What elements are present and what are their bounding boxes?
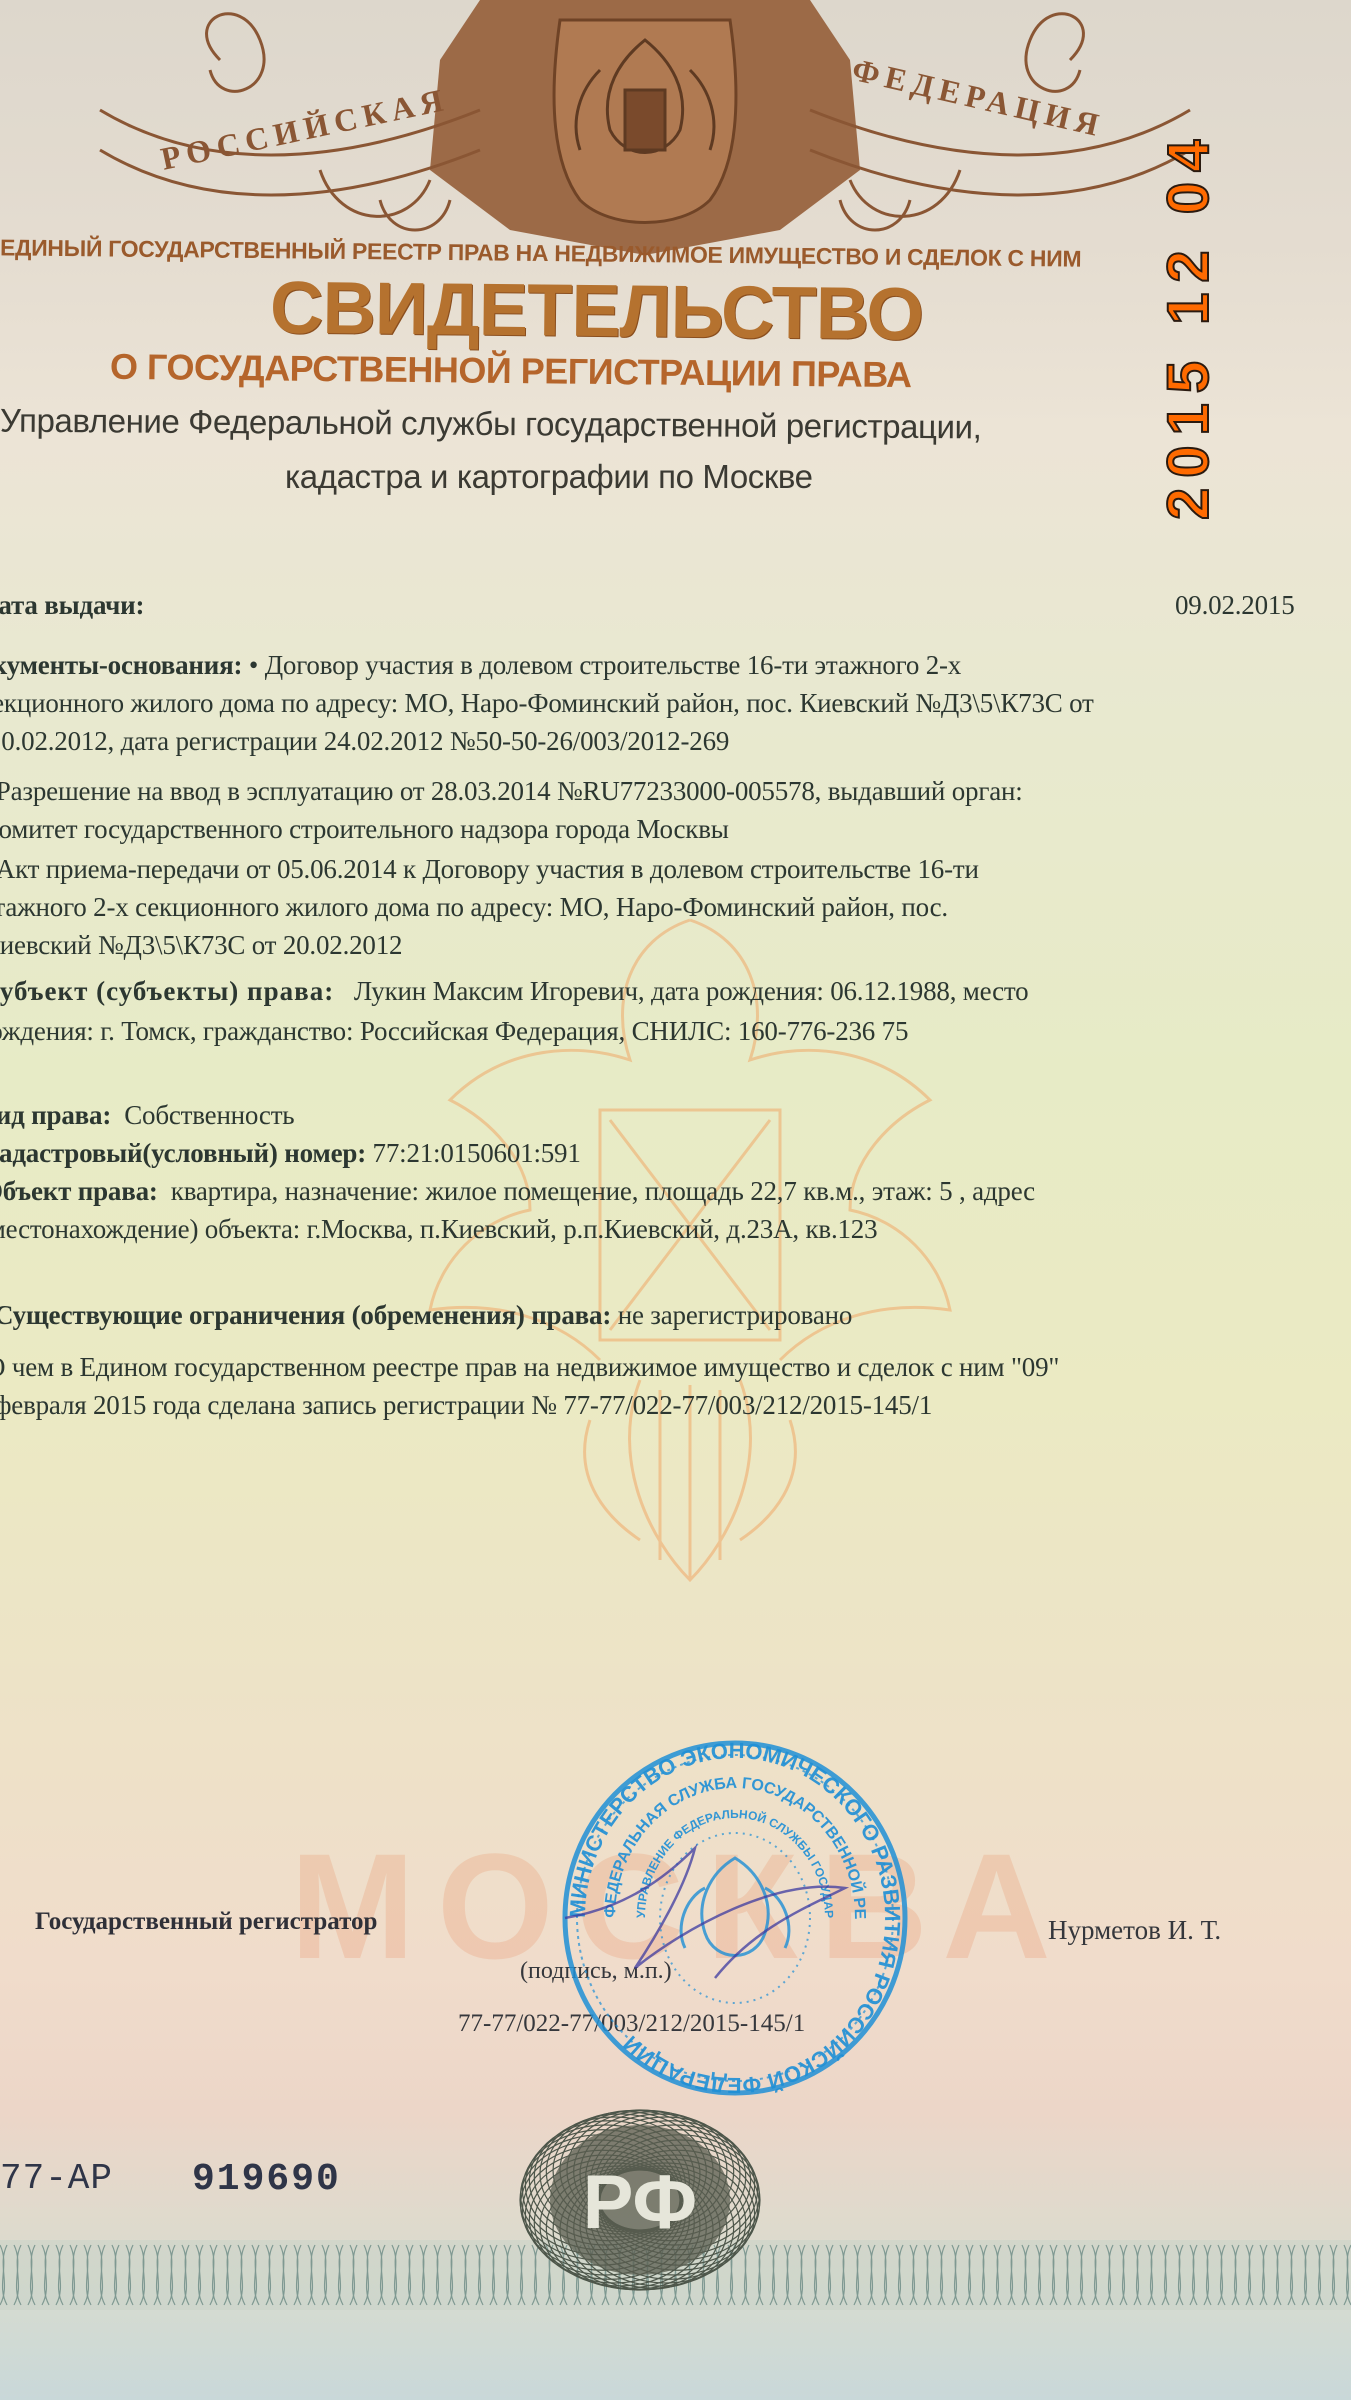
basis-line-1: Документы-основания: • Договор участия в… xyxy=(0,650,961,681)
issuing-office-line1: Управление Федеральной службы государств… xyxy=(0,402,982,447)
right-type: Вид права: Собственность xyxy=(0,1100,294,1131)
cadastral-number: Кадастровый(условный) номер: 77:21:01506… xyxy=(0,1138,581,1169)
date-imprint-text: 2015 12 04 xyxy=(1155,130,1222,520)
form-series: 77-АР xyxy=(0,2158,113,2199)
basis-line-7: этажного 2-х секционного жилого дома по … xyxy=(0,892,948,923)
document-title: СВИДЕТЕЛЬСТВО xyxy=(270,265,924,357)
registrar-label: Государственный регистратор xyxy=(35,1908,377,1936)
camera-date-imprint: 2015 12 04 xyxy=(1155,40,1215,520)
document-subtitle: О ГОСУДАРСТВЕННОЙ РЕГИСТРАЦИИ ПРАВА xyxy=(110,346,912,396)
subject-line-2: рождения: г. Томск, гражданство: Российс… xyxy=(0,1016,908,1047)
basis-line-2: секционного жилого дома по адресу: МО, Н… xyxy=(0,688,1094,719)
rosette-text: РФ xyxy=(583,2160,698,2245)
basis-line-5: Комитет государственного строительного н… xyxy=(0,814,729,845)
object-line-2: (местонахождение) объекта: г.Москва, п.К… xyxy=(0,1214,877,1245)
issuing-office-line2: кадастра и картографии по Москве xyxy=(285,458,813,496)
form-number: 919690 xyxy=(192,2158,341,2201)
rf-security-rosette-icon: РФ xyxy=(440,2100,840,2300)
ribbon-right-text: ФЕДЕРАЦИЯ xyxy=(849,51,1108,144)
basis-line-3: 20.02.2012, дата регистрации 24.02.2012 … xyxy=(0,726,729,757)
record-line-1: О чем в Едином государственном реестре п… xyxy=(0,1352,1059,1383)
basis-line-4: • Разрешение на ввод в эсплуатацию от 28… xyxy=(0,776,1023,807)
object-line-1: Объект права: квартира, назначение: жило… xyxy=(0,1176,1035,1207)
basis-line-6: • Акт приема-передачи от 05.06.2014 к До… xyxy=(0,854,979,885)
registrar-name: Нурметов И. Т. xyxy=(1048,1915,1221,1946)
record-line-2: февраля 2015 года сделана запись регистр… xyxy=(0,1390,932,1421)
coat-of-arms-emblem-icon: РОССИЙСКАЯ ФЕДЕРАЦИЯ xyxy=(80,0,1210,260)
issue-date-label: Дата выдачи: xyxy=(0,590,144,621)
official-seal-stamp-icon: МИНИСТЕРСТВО ЭКОНОМИЧЕСКОГО РАЗВИТИЯ РОС… xyxy=(545,1738,925,2098)
issue-date-value: 09.02.2015 xyxy=(1175,590,1295,621)
basis-line-8: Киевский №Д3\5\К73С от 20.02.2012 xyxy=(0,930,402,961)
ribbon-left-text: РОССИЙСКАЯ xyxy=(158,81,452,177)
subject-line-1: Субъект (субъекты) права: Лукин Максим И… xyxy=(0,976,1028,1007)
encumbrance: Существующие ограничения (обременения) п… xyxy=(0,1300,852,1331)
